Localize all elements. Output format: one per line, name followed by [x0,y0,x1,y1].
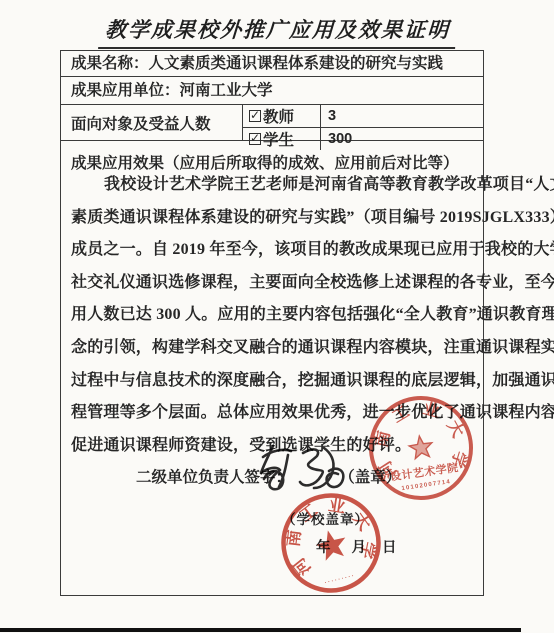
college-seal: 河 南 工 业 大 学 设计艺术学院 10102007714 [365,392,477,504]
paragraph-line: 素质类通识课程体系建设的研究与实践”（项目编号 2019SJGLX333）的 [71,202,479,235]
svg-text:河: 河 [289,554,314,579]
achievement-name-value: 人文素质类通识课程体系建设的研究与实践 [149,55,444,72]
audience-label: 面向对象及受益人数 [61,105,243,140]
svg-text:大: 大 [349,509,375,534]
page-title: 教学成果校外推广应用及效果证明 [98,14,457,49]
college-seal-code: 10102007714 [401,479,451,492]
svg-text:南: 南 [282,529,304,548]
school-seal: 河 南 工 业 大 学 ········· [278,490,384,596]
effect-section: 成果应用效果（应用后所取得的成效、应用前后对比等） 我校设计艺术学院王艺老师是河… [61,141,483,597]
audience-grid: ✓教师 3 ✓学生 300 [243,105,483,140]
title-row: 教学成果校外推广应用及效果证明 [0,14,554,49]
day-label: 日 [382,540,397,556]
achievement-name-row: 成果名称：人文素质类通识课程体系建设的研究与实践 [61,51,483,77]
check-mark-icon: ✓ [250,108,260,122]
teachers-count: 3 [321,105,483,127]
applying-unit-row: 成果应用单位：河南工业大学 [61,77,483,105]
star-icon [313,527,349,562]
teachers-cell: ✓教师 [243,105,321,127]
star-icon [408,435,434,460]
svg-text:南: 南 [370,428,393,449]
teachers-checkbox-icon: ✓ [249,110,261,122]
teachers-label: 教师 [263,105,294,127]
applying-unit-label: 成果应用单位： [71,82,180,99]
svg-text:业: 业 [421,399,442,422]
paragraph-line: 社交礼仪通识选修课程，主要面向全校选修上述课程的各专业，至今应 [71,267,479,300]
paragraph-line: 用人数已达 300 人。应用的主要内容包括强化“全人教育”通识教育理 [71,299,479,332]
svg-text:工: 工 [296,500,321,525]
audience-row: 面向对象及受益人数 ✓教师 3 ✓学生 300 [61,105,483,141]
scanned-certificate-page: 教学成果校外推广应用及效果证明 成果名称：人文素质类通识课程体系建设的研究与实践… [0,0,554,633]
applying-unit-value: 河南工业大学 [180,82,273,99]
achievement-name-label: 成果名称： [71,55,149,72]
certificate-form-table: 成果名称：人文素质类通识课程体系建设的研究与实践 成果应用单位：河南工业大学 面… [60,50,484,596]
paragraph-line: 成员之一。自 2019 年至今，该项目的教改成果现已应用于我校的大学生 [71,234,479,267]
svg-text:大: 大 [443,417,469,442]
svg-text:业: 业 [327,495,347,516]
audience-teachers-row: ✓教师 3 [243,105,483,128]
paragraph-line: 念的引领，构建学科交叉融合的通识课程内容模块，注重通识课程实施 [71,332,479,365]
paragraph-line: 我校设计艺术学院王艺老师是河南省高等教育教学改革项目“人文 [71,169,479,202]
svg-text:学: 学 [357,540,380,561]
handwritten-signature [257,441,353,497]
scan-edge-line [0,628,521,632]
